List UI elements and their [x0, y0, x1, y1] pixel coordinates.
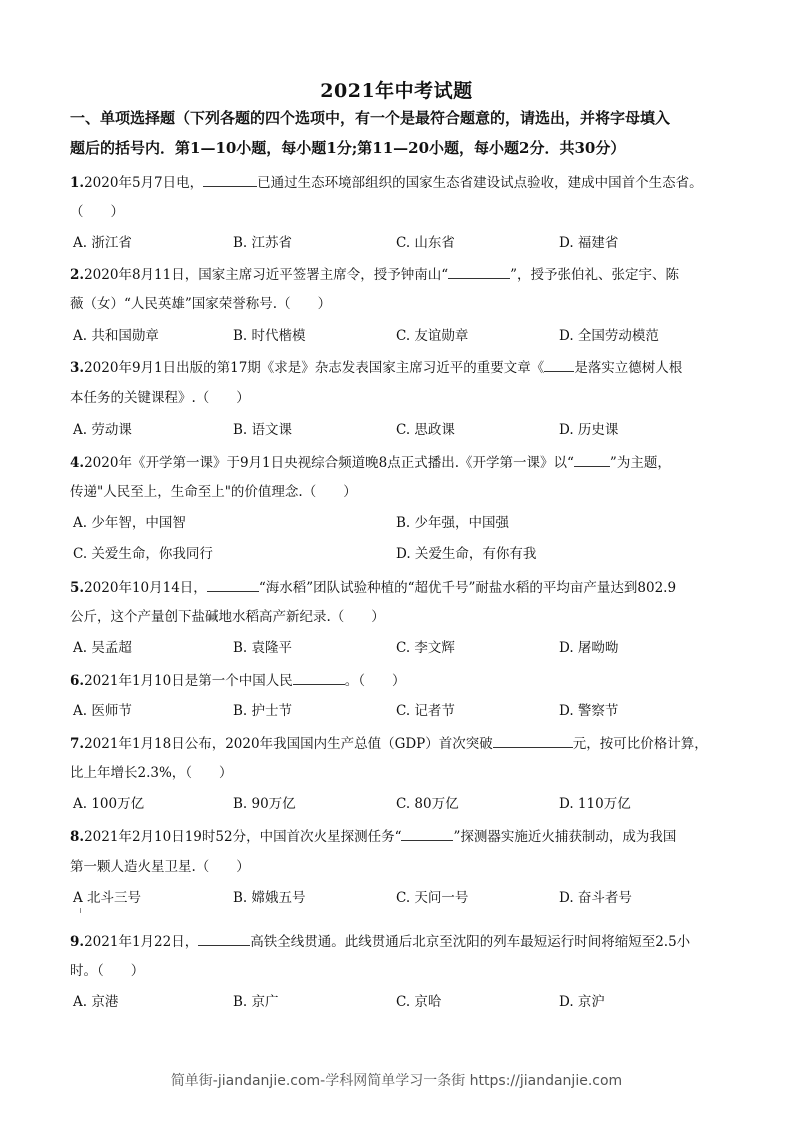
question-text: 2020年10月14日，	[84, 580, 207, 596]
question-number: 1.	[70, 175, 84, 191]
question-9-option-d: D. 京沪	[559, 992, 605, 1012]
question-text: ”为主题，	[610, 455, 671, 471]
question-3-line1: 3.2020年9月1日出版的第17期《求是》杂志发表国家主席习近平的重要文章《是…	[70, 357, 730, 378]
stray-mark	[80, 908, 81, 913]
question-6-line1: 6.2021年1月10日是第一个中国人民。（ ）	[70, 670, 730, 691]
question-number: 8.	[70, 829, 84, 845]
question-1-option-b: B. 江苏省	[233, 233, 292, 253]
question-2-option-c: C. 友谊勋章	[396, 326, 468, 346]
question-text: 已通过生态环境部组织的国家生态省建设试点验收，建成中国首个生态省。	[257, 175, 703, 191]
question-9-option-a: A. 京港	[73, 992, 118, 1012]
question-2-line2: 薇（女）“人民英雄”国家荣誉称号.（ ）	[70, 294, 730, 314]
answer-blank	[493, 733, 573, 748]
question-text: 2021年1月22日，	[84, 934, 198, 950]
question-text: 元，按可比价格计算，	[573, 736, 708, 752]
question-5-option-a: A. 吴孟超	[73, 638, 132, 658]
question-text: ”，授予张伯礼、张定宇、陈	[510, 267, 679, 283]
question-number: 5.	[70, 580, 84, 596]
question-1-line1: 1.2020年5月7日电，已通过生态环境部组织的国家生态省建设试点验收，建成中国…	[70, 172, 730, 193]
question-6-option-c: C. 记者节	[396, 701, 455, 721]
question-3-line2: 本任务的关键课程》.（ ）	[70, 388, 730, 408]
question-9-option-c: C. 京哈	[396, 992, 441, 1012]
question-text: 2021年2月10日19时52分，中国首次火星探测任务“	[84, 829, 401, 845]
question-number: 9.	[70, 934, 84, 950]
question-6-option-a: A. 医师节	[73, 701, 132, 721]
question-4-line2: 传递"人民至上，生命至上"的价值理念.（ ）	[70, 482, 730, 502]
question-4-option-d: D. 关爱生命，有你有我	[396, 544, 536, 564]
question-9-line1: 9.2021年1月22日，高铁全线贯通。此线贯通后北京至沈阳的列车最短运行时间将…	[70, 931, 730, 952]
question-number: 7.	[70, 736, 84, 752]
question-2-option-d: D. 全国劳动模范	[559, 326, 659, 346]
question-1-option-d: D. 福建省	[559, 233, 618, 253]
question-3-option-b: B. 语文课	[233, 420, 292, 440]
answer-blank	[207, 577, 259, 592]
question-text: 2021年1月10日是第一个中国人民	[84, 673, 293, 689]
question-2-line1: 2.2020年8月11日，国家主席习近平签署主席令，授予钟南山“”，授予张伯礼、…	[70, 264, 730, 285]
page-title: 2021年中考试题	[0, 76, 793, 103]
answer-blank	[544, 357, 574, 372]
footer-watermark: 简单街-jiandanjie.com-学科网简单学习一条街 https://ji…	[0, 1070, 793, 1090]
question-8-option-d: D. 奋斗者号	[559, 888, 632, 908]
question-1-option-a: A. 浙江省	[73, 233, 132, 253]
answer-blank	[448, 264, 510, 279]
question-4-option-b: B. 少年强，中国强	[396, 513, 509, 533]
question-7-option-d: D. 110万亿	[559, 794, 631, 814]
question-1-line2: （ ）	[70, 202, 730, 222]
question-text: 2020年《开学第一课》于9月1日央视综合频道晚8点正式播出.《开学第一课》以“	[84, 455, 574, 471]
question-9-option-b: B. 京广	[233, 992, 279, 1012]
question-text: 。（ ）	[345, 673, 406, 689]
section-heading-line1: 一、单项选择题（下列各题的四个选项中，有一个是最符合题意的，请选出，并将字母填入	[70, 103, 730, 133]
answer-blank	[401, 826, 453, 841]
question-text: 2020年5月7日电，	[84, 175, 203, 191]
exam-page: 2021年中考试题 一、单项选择题（下列各题的四个选项中，有一个是最符合题意的，…	[0, 0, 793, 1122]
question-text: 是落实立德树人根	[574, 360, 682, 376]
question-8-option-a: A 北斗三号	[73, 888, 141, 908]
question-text: 2021年1月18日公布，2020年我国国内生产总值（GDP）首次突破	[84, 736, 493, 752]
question-8-line1: 8.2021年2月10日19时52分，中国首次火星探测任务“”探测器实施近火捕获…	[70, 826, 730, 847]
question-8-line2: 第一颗人造火星卫星.（ ）	[70, 857, 730, 877]
question-6-option-b: B. 护士节	[233, 701, 292, 721]
question-7-option-c: C. 80万亿	[396, 794, 459, 814]
question-6-option-d: D. 警察节	[559, 701, 618, 721]
question-text: 高铁全线贯通。此线贯通后北京至沈阳的列车最短运行时间将缩短至2.5小	[250, 934, 690, 950]
question-7-line1: 7.2021年1月18日公布，2020年我国国内生产总值（GDP）首次突破元，按…	[70, 733, 730, 754]
question-number: 4.	[70, 455, 84, 471]
question-5-line2: 公斤，这个产量创下盐碱地水稻高产新纪录.（ ）	[70, 607, 730, 627]
question-8-option-b: B. 嫦娥五号	[233, 888, 306, 908]
question-9-line2: 时。（ ）	[70, 961, 730, 981]
answer-blank	[198, 931, 250, 946]
question-5-option-d: D. 屠呦呦	[559, 638, 618, 658]
question-text: ”探测器实施近火捕获制动，成为我国	[453, 829, 676, 845]
answer-blank	[293, 670, 345, 685]
question-7-option-a: A. 100万亿	[73, 794, 144, 814]
question-7-line2: 比上年增长2.3%，（ ）	[70, 763, 730, 783]
answer-blank	[203, 172, 257, 187]
section-heading-line2: 题后的括号内．第1—10小题，每小题1分;第11—20小题，每小题2分．共30分…	[70, 133, 730, 163]
question-4-option-c: C. 关爱生命，你我同行	[73, 544, 213, 564]
question-text: “海水稻”团队试验种植的“超优千号”耐盐水稻的平均亩产量达到802.9	[259, 580, 676, 596]
question-1-option-c: C. 山东省	[396, 233, 455, 253]
question-text: 2020年8月11日，国家主席习近平签署主席令，授予钟南山“	[84, 267, 448, 283]
question-2-option-b: B. 时代楷模	[233, 326, 306, 346]
question-5-option-b: B. 袁隆平	[233, 638, 292, 658]
question-5-line1: 5.2020年10月14日，“海水稻”团队试验种植的“超优千号”耐盐水稻的平均亩…	[70, 577, 730, 598]
question-8-option-c: C. 天问一号	[396, 888, 468, 908]
question-7-option-b: B. 90万亿	[233, 794, 296, 814]
answer-blank	[574, 452, 610, 467]
question-number: 2.	[70, 267, 84, 283]
question-4-line1: 4.2020年《开学第一课》于9月1日央视综合频道晚8点正式播出.《开学第一课》…	[70, 452, 730, 473]
question-number: 6.	[70, 673, 84, 689]
question-3-option-d: D. 历史课	[559, 420, 618, 440]
question-3-option-a: A. 劳动课	[73, 420, 132, 440]
question-2-option-a: A. 共和国勋章	[73, 326, 159, 346]
question-4-option-a: A. 少年智，中国智	[73, 513, 186, 533]
question-text: 2020年9月1日出版的第17期《求是》杂志发表国家主席习近平的重要文章《	[84, 360, 544, 376]
question-5-option-c: C. 李文辉	[396, 638, 455, 658]
question-3-option-c: C. 思政课	[396, 420, 455, 440]
question-number: 3.	[70, 360, 84, 376]
